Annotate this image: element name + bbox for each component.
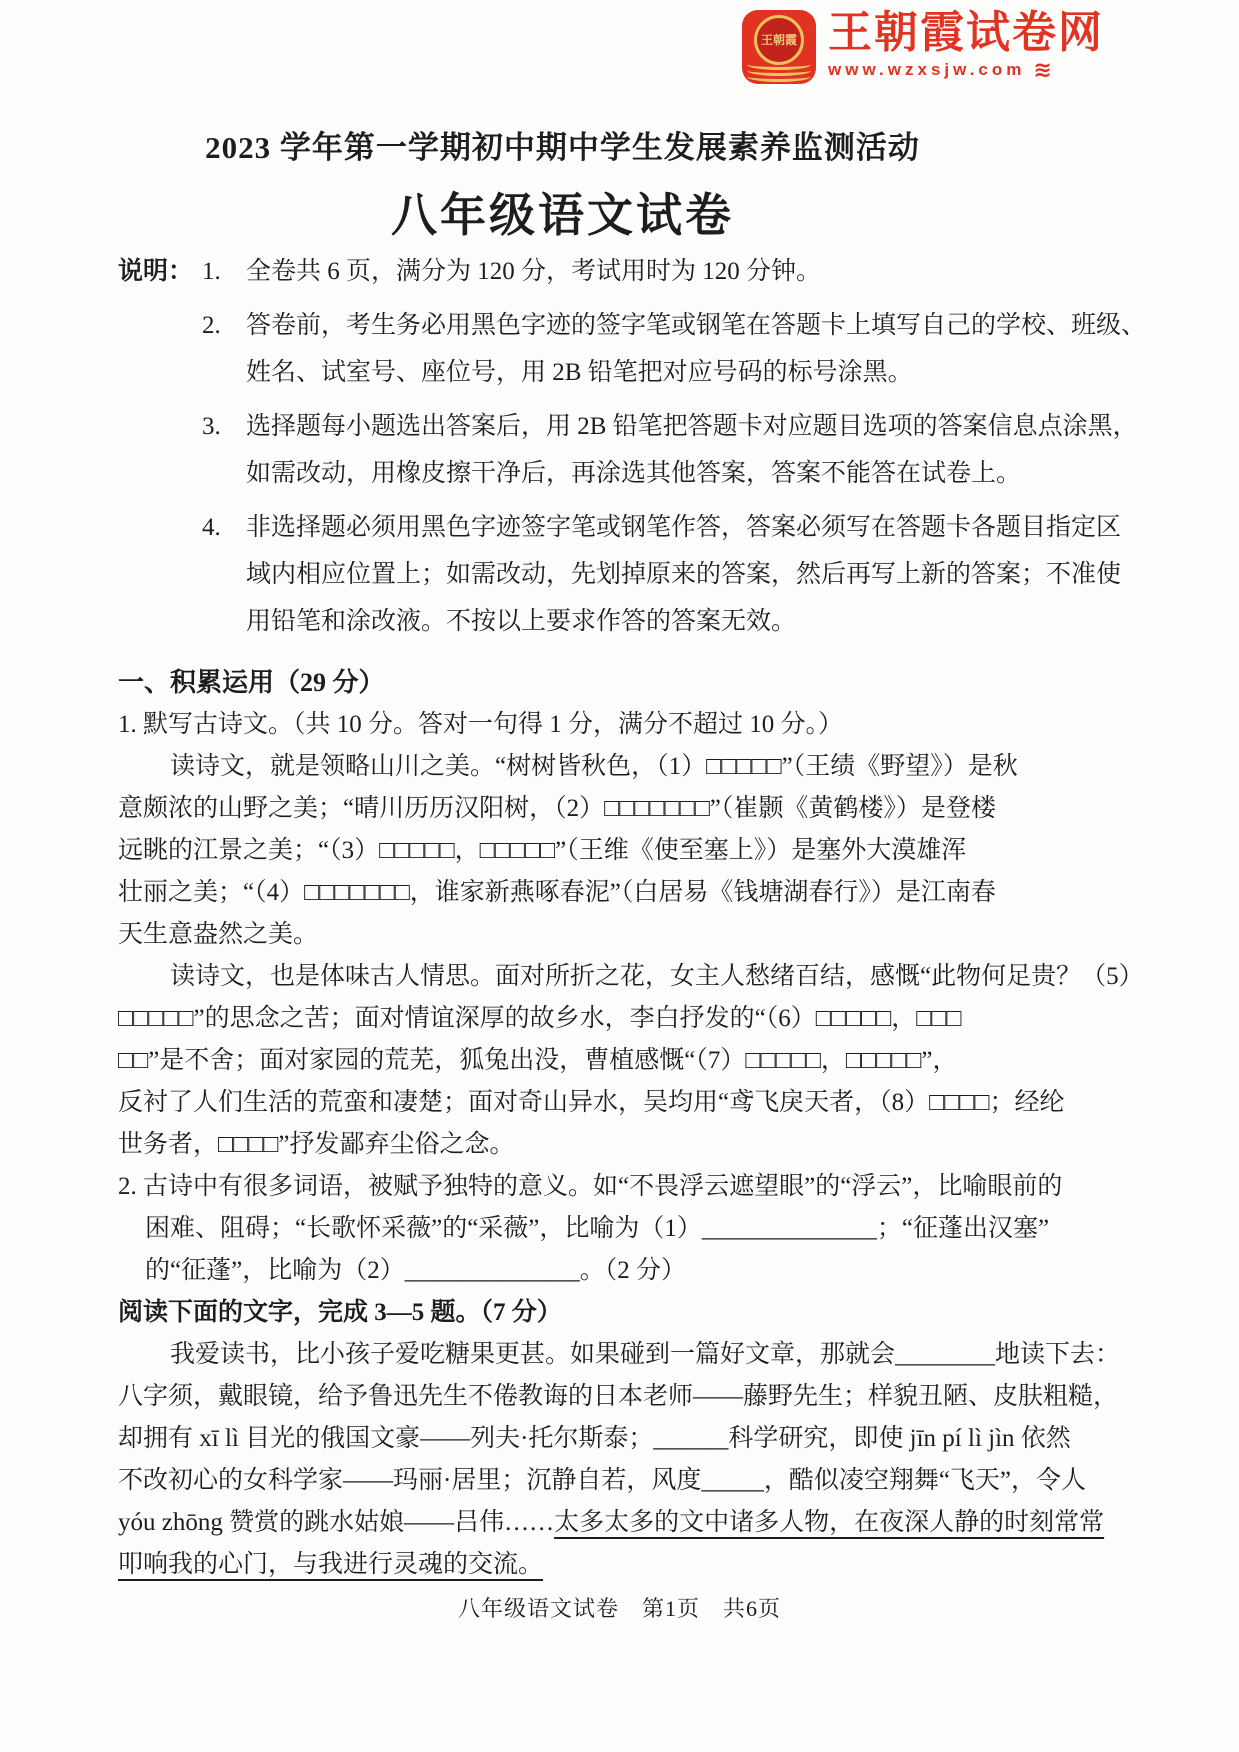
instruction-line: 非选择题必须用黑色字迹签字笔或钢笔作答，答案必须写在答题卡各题目指定区 — [246, 504, 1146, 551]
instruction-line: 选择题每小题选出答案后，用 2B 铅笔把答题卡对应题目选项的答案信息点涂黑， — [246, 403, 1146, 450]
q1-stem: 1. 默写古诗文。（共 10 分。答对一句得 1 分，满分不超过 10 分。） — [118, 704, 1139, 746]
instruction-item: 2. 答卷前，考生务必用黑色字迹的签字笔或钢笔在答题卡上填写自己的学校、班级、 … — [198, 302, 1146, 396]
instruction-line: 域内相应位置上；如需改动，先划掉原来的答案，然后再写上新的答案；不准使 — [246, 551, 1146, 598]
q1-recitation-line: 读诗文，也是体味古人情思。面对所折之花，女主人愁绪百结，感慨“此物何足贵？（5） — [118, 956, 1139, 998]
header-block: 2023 学年第一学期初中期中学生发展素养监测活动 八年级语文试卷 — [118, 0, 1127, 245]
instruction-item: 3. 选择题每小题选出答案后，用 2B 铅笔把答题卡对应题目选项的答案信息点涂黑… — [198, 403, 1146, 497]
instruction-number: 3. — [198, 403, 246, 497]
q2-line: 2. 古诗中有很多词语，被赋予独特的意义。如“不畏浮云遮望眼”的“浮云”，比喻眼… — [118, 1166, 1139, 1208]
exam-title: 2023 学年第一学期初中期中学生发展素养监测活动 — [118, 122, 1007, 167]
underlined-segment: 叩响我的心门，与我进行灵魂的交流。 — [118, 1551, 543, 1578]
exam-paper-page: 王朝霞 王朝霞试卷网 www.wzxsjw.com ≋ 2023 学年第一学期初… — [0, 0, 1239, 1752]
q2-line: 的“征蓬”，比喻为（2）______________。（2 分） — [118, 1250, 1139, 1292]
instruction-line: 姓名、试室号、座位号，用 2B 铅笔把对应号码的标号涂黑。 — [246, 349, 1146, 396]
reading-passage-line: 不改初心的女科学家——玛丽·居里；沉静自若，风度_____，酷似凌空翔舞“飞天”… — [118, 1460, 1139, 1502]
instructions-label: 说明： — [118, 248, 198, 652]
reading-passage-line: 我爱读书，比小孩子爱吃糖果更甚。如果碰到一篇好文章，那就会________地读下… — [118, 1334, 1139, 1376]
page-footer-text: 八年级语文试卷 第1页 共6页 — [458, 1596, 781, 1621]
q1-paragraph-2: 读诗文，也是体味古人情思。面对所折之花，女主人愁绪百结，感慨“此物何足贵？（5）… — [118, 956, 1139, 1166]
q1-recitation-line: 读诗文，就是领略山川之美。“树树皆秋色，（1）□□□□□”（王绩《野望》）是秋 — [118, 746, 1139, 788]
instruction-line: 用铅笔和涂改液。不按以上要求作答的答案无效。 — [246, 598, 1146, 645]
instruction-line: 如需改动，用橡皮擦干净后，再涂选其他答案，答案不能答在试卷上。 — [246, 450, 1146, 497]
instruction-line: 全卷共 6 页，满分为 120 分，考试用时为 120 分钟。 — [246, 248, 1146, 295]
exam-subtitle: 八年级语文试卷 — [118, 179, 1007, 245]
paper-body: 说明： 1. 全卷共 6 页，满分为 120 分，考试用时为 120 分钟。 2… — [118, 248, 1139, 1586]
instruction-number: 2. — [198, 302, 246, 396]
instructions-block: 说明： 1. 全卷共 6 页，满分为 120 分，考试用时为 120 分钟。 2… — [118, 248, 1139, 652]
reading-passage-line: 八字须，戴眼镜，给予鲁迅先生不倦教诲的日本老师——藤野先生；样貌丑陋、皮肤粗糙， — [118, 1376, 1139, 1418]
instruction-item: 4. 非选择题必须用黑色字迹签字笔或钢笔作答，答案必须写在答题卡各题目指定区 域… — [198, 504, 1146, 645]
section-heading: 一、积累运用（29 分） — [118, 662, 1139, 704]
q2-line: 困难、阻碍；“长歌怀采薇”的“采薇”，比喻为（1）______________；… — [118, 1208, 1139, 1250]
q1-recitation-line: 壮丽之美；“（4）□□□□□□□，谁家新燕啄春泥”（白居易《钱塘湖春行》）是江南… — [118, 872, 1139, 914]
q1-recitation-line: 意颇浓的山野之美；“晴川历历汉阳树，（2）□□□□□□□”（崔颢《黄鹤楼》）是登… — [118, 788, 1139, 830]
underlined-segment: 太多太多的文中诸多人物，在夜深人静的时刻常常 — [554, 1509, 1104, 1536]
instructions-items: 1. 全卷共 6 页，满分为 120 分，考试用时为 120 分钟。 2. 答卷… — [198, 248, 1146, 652]
q1-recitation-line: 反衬了人们生活的荒蛮和凄楚；面对奇山异水，吴均用“鸢飞戾天者，（8）□□□□；经… — [118, 1082, 1139, 1124]
reading-passage-line: 却拥有 xī lì 目光的俄国文豪——列夫·托尔斯泰；______科学研究，即使… — [118, 1418, 1139, 1460]
q1-recitation-line: 天生意盎然之美。 — [118, 914, 1139, 956]
q1-recitation-line: 远眺的江景之美；“（3）□□□□□，□□□□□”（王维《使至塞上》）是塞外大漠雄… — [118, 830, 1139, 872]
reading-passage-line: 叩响我的心门，与我进行灵魂的交流。 — [118, 1544, 1139, 1586]
instruction-line: 答卷前，考生务必用黑色字迹的签字笔或钢笔在答题卡上填写自己的学校、班级、 — [246, 302, 1146, 349]
q2-block: 2. 古诗中有很多词语，被赋予独特的意义。如“不畏浮云遮望眼”的“浮云”，比喻眼… — [118, 1166, 1139, 1292]
q1-recitation-line: □□□□□”的思念之苦；面对情谊深厚的故乡水，李白抒发的“（6）□□□□□，□□… — [118, 998, 1139, 1040]
q1-recitation-line: □□”是不舍；面对家园的荒芜，狐兔出没，曹植感慨“（7）□□□□□，□□□□□”… — [118, 1040, 1139, 1082]
reading-passage: 我爱读书，比小孩子爱吃糖果更甚。如果碰到一篇好文章，那就会________地读下… — [118, 1334, 1139, 1586]
instruction-number: 1. — [198, 248, 246, 295]
reading-passage-line: yóu zhōng 赞赏的跳水姑娘——吕伟……太多太多的文中诸多人物，在夜深人静… — [118, 1502, 1139, 1544]
q1-recitation-line: 世务者，□□□□”抒发鄙弃尘俗之念。 — [118, 1124, 1139, 1166]
instruction-item: 1. 全卷共 6 页，满分为 120 分，考试用时为 120 分钟。 — [198, 248, 1146, 295]
instruction-number: 4. — [198, 504, 246, 645]
q1-paragraph-1: 读诗文，就是领略山川之美。“树树皆秋色，（1）□□□□□”（王绩《野望》）是秋 … — [118, 746, 1139, 956]
passage-text: yóu zhōng 赞赏的跳水姑娘——吕伟…… — [118, 1509, 554, 1536]
page-footer: 八年级语文试卷 第1页 共6页 — [0, 1592, 1239, 1623]
reading-intro: 阅读下面的文字，完成 3—5 题。（7 分） — [118, 1292, 1139, 1334]
